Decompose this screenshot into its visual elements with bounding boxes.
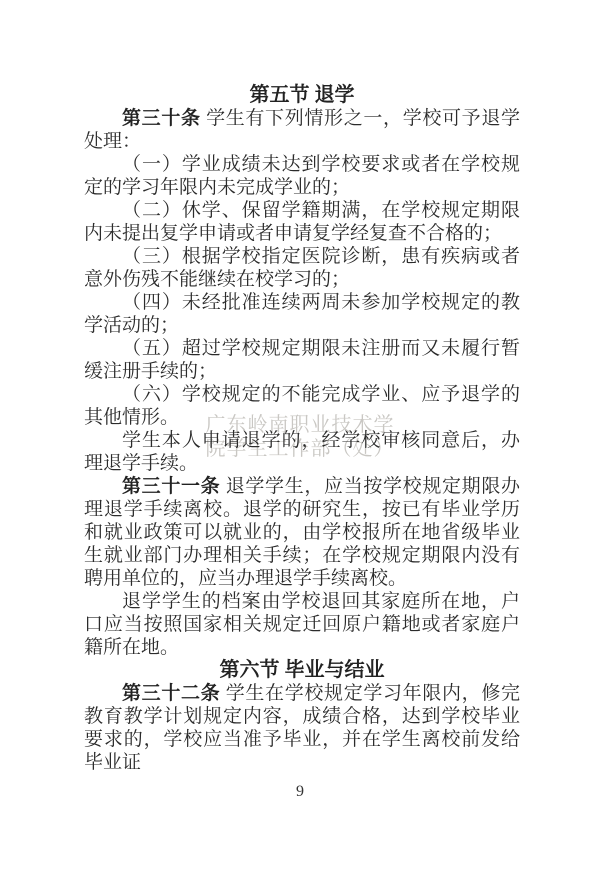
paragraph: （二）休学、保留学籍期满，在学校规定期限内未提出复学申请或者申请复学经复查不合格…	[84, 199, 520, 245]
paragraph: （四）未经批准连续两周未参加学校规定的教学活动的；	[84, 291, 520, 337]
paragraph-text: （一）学业成绩未达到学校要求或者在学校规定的学习年限内未完成学业的；	[84, 154, 520, 198]
paragraph-text: 学生本人申请退学的，经学校审核同意后，办理退学手续。	[84, 430, 520, 474]
paragraph: （五）超过学校规定期限未注册而又未履行暂缓注册手续的；	[84, 337, 520, 383]
paragraph: （一）学业成绩未达到学校要求或者在学校规定的学习年限内未完成学业的；	[84, 153, 520, 199]
document-body: 第五节 退学第三十条 学生有下列情形之一，学校可予退学处理：（一）学业成绩未达到…	[84, 84, 520, 774]
paragraph: （三）根据学校指定医院诊断，患有疾病或者意外伤残不能继续在校学习的；	[84, 245, 520, 291]
section-heading: 第六节 毕业与结业	[84, 659, 520, 682]
paragraph-text: （四）未经批准连续两周未参加学校规定的教学活动的；	[84, 292, 520, 336]
paragraph: 退学学生的档案由学校退回其家庭所在地，户口应当按照国家相关规定迁回原户籍地或者家…	[84, 590, 520, 659]
paragraph: （六）学校规定的不能完成学业、应予退学的其他情形。	[84, 383, 520, 429]
paragraph-text: 退学学生的档案由学校退回其家庭所在地，户口应当按照国家相关规定迁回原户籍地或者家…	[84, 591, 520, 658]
document-page: 广东岭南职业技术学 院学生工作部（处） 第五节 退学第三十条 学生有下列情形之一…	[0, 0, 600, 873]
paragraph-text: （三）根据学校指定医院诊断，患有疾病或者意外伤残不能继续在校学习的；	[84, 246, 520, 290]
page-number: 9	[0, 782, 600, 802]
paragraph-text: （二）休学、保留学籍期满，在学校规定期限内未提出复学申请或者申请复学经复查不合格…	[84, 200, 520, 244]
section-heading: 第五节 退学	[84, 84, 520, 107]
paragraph: 第三十二条 学生在学校规定学习年限内，修完教育教学计划规定内容，成绩合格，达到学…	[84, 682, 520, 774]
paragraph: 第三十条 学生有下列情形之一，学校可予退学处理：	[84, 107, 520, 153]
paragraph-text: （六）学校规定的不能完成学业、应予退学的其他情形。	[84, 384, 520, 428]
article-number: 第三十条	[122, 108, 201, 129]
paragraph-text: （五）超过学校规定期限未注册而又未履行暂缓注册手续的；	[84, 338, 520, 382]
paragraph: 学生本人申请退学的，经学校审核同意后，办理退学手续。	[84, 429, 520, 475]
article-number: 第三十一条	[122, 476, 220, 497]
paragraph: 第三十一条 退学学生，应当按学校规定期限办理退学手续离校。退学的研究生，按已有毕…	[84, 475, 520, 590]
article-number: 第三十二条	[122, 683, 220, 704]
